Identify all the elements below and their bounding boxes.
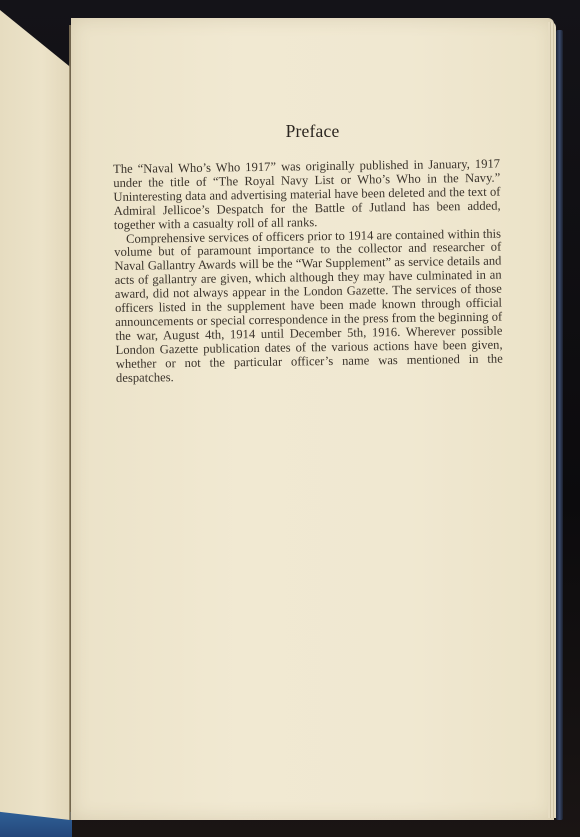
- preface-body: The “Naval Who’s Who 1917” was originall…: [113, 158, 503, 386]
- paragraph-1: The “Naval Who’s Who 1917” was originall…: [113, 158, 501, 233]
- book-gutter: [69, 25, 71, 820]
- left-page: [0, 10, 70, 820]
- book-cover-edge: [556, 30, 563, 820]
- paragraph-2: Comprehensive services of officers prior…: [114, 227, 503, 385]
- page-title: Preface: [71, 121, 554, 142]
